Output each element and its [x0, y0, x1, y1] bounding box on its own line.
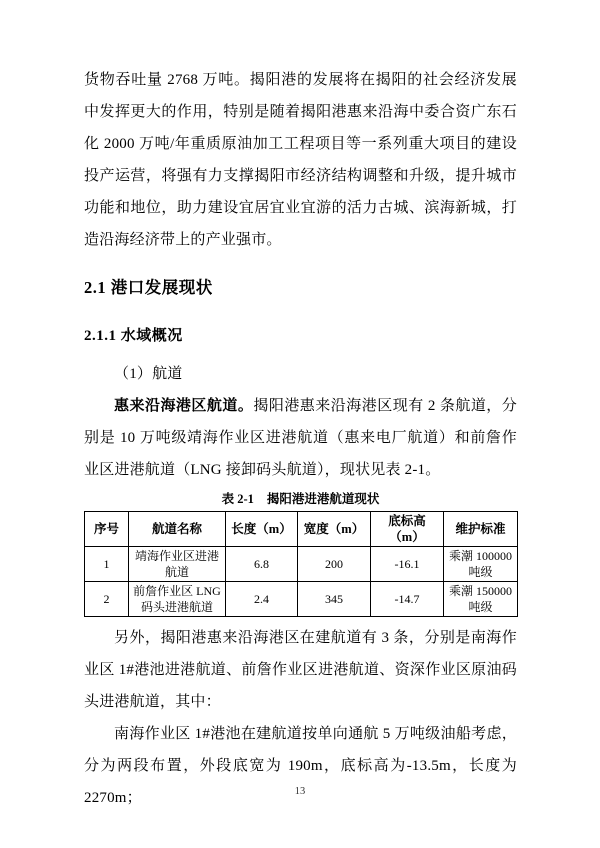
- header-seq: 序号: [85, 512, 129, 547]
- list-item-channel: （1）航道: [84, 358, 517, 390]
- cell-elevation: -14.7: [371, 582, 444, 617]
- paragraph-channels: 惠来沿海港区航道。揭阳港惠来沿海港区现有 2 条航道，分别是 10 万吨级靖海作…: [84, 390, 517, 486]
- table-row: 2 前詹作业区 LNG 码头进港航道 2.4 345 -14.7 乘潮 1500…: [85, 582, 518, 617]
- table-header-row: 序号 航道名称 长度（m） 宽度（m） 底标高（m） 维护标准: [85, 512, 518, 547]
- cell-seq: 1: [85, 547, 129, 582]
- page-number: 13: [0, 786, 600, 797]
- header-standard: 维护标准: [444, 512, 518, 547]
- header-elevation: 底标高（m）: [371, 512, 444, 547]
- cell-standard: 乘潮 100000 吨级: [444, 547, 518, 582]
- cell-name: 前詹作业区 LNG 码头进港航道: [129, 582, 226, 617]
- page-content: 货物吞吐量 2768 万吨。揭阳港的发展将在揭阳的社会经济发展中发挥更大的作用，…: [84, 0, 517, 814]
- paragraph-nanhai: 南海作业区 1#港池在建航道按单向通航 5 万吨级油船考虑，分为两段布置，外段底…: [84, 718, 517, 814]
- cell-standard: 乘潮 150000 吨级: [444, 582, 518, 617]
- header-width: 宽度（m）: [298, 512, 371, 547]
- document-page: 货物吞吐量 2768 万吨。揭阳港的发展将在揭阳的社会经济发展中发挥更大的作用，…: [0, 0, 600, 848]
- table-caption-label: 表 2-1: [222, 492, 254, 506]
- table-header: 序号 航道名称 长度（m） 宽度（m） 底标高（m） 维护标准: [85, 512, 518, 547]
- table-caption-text: 揭阳港进港航道现状: [267, 492, 380, 506]
- cell-width: 200: [298, 547, 371, 582]
- table-caption: 表 2-1揭阳港进港航道现状: [84, 491, 517, 508]
- cell-elevation: -16.1: [371, 547, 444, 582]
- subsection-heading-2-1-1: 2.1.1 水域概况: [84, 327, 517, 345]
- table-row: 1 靖海作业区进港航道 6.8 200 -16.1 乘潮 100000 吨级: [85, 547, 518, 582]
- paragraph-channels-lead: 惠来沿海港区航道。: [114, 398, 253, 414]
- cell-length: 6.8: [226, 547, 298, 582]
- header-length: 长度（m）: [226, 512, 298, 547]
- paragraph-other-channels: 另外，揭阳港惠来沿海港区在建航道有 3 条，分别是南海作业区 1#港池进港航道、…: [84, 622, 517, 718]
- header-name: 航道名称: [129, 512, 226, 547]
- cell-length: 2.4: [226, 582, 298, 617]
- paragraph-intro: 货物吞吐量 2768 万吨。揭阳港的发展将在揭阳的社会经济发展中发挥更大的作用，…: [84, 0, 517, 256]
- channel-status-table: 序号 航道名称 长度（m） 宽度（m） 底标高（m） 维护标准 1 靖海作业区进…: [84, 511, 518, 617]
- section-heading-2-1: 2.1 港口发展现状: [84, 278, 517, 298]
- table-body: 1 靖海作业区进港航道 6.8 200 -16.1 乘潮 100000 吨级 2…: [85, 547, 518, 617]
- cell-name: 靖海作业区进港航道: [129, 547, 226, 582]
- cell-seq: 2: [85, 582, 129, 617]
- cell-width: 345: [298, 582, 371, 617]
